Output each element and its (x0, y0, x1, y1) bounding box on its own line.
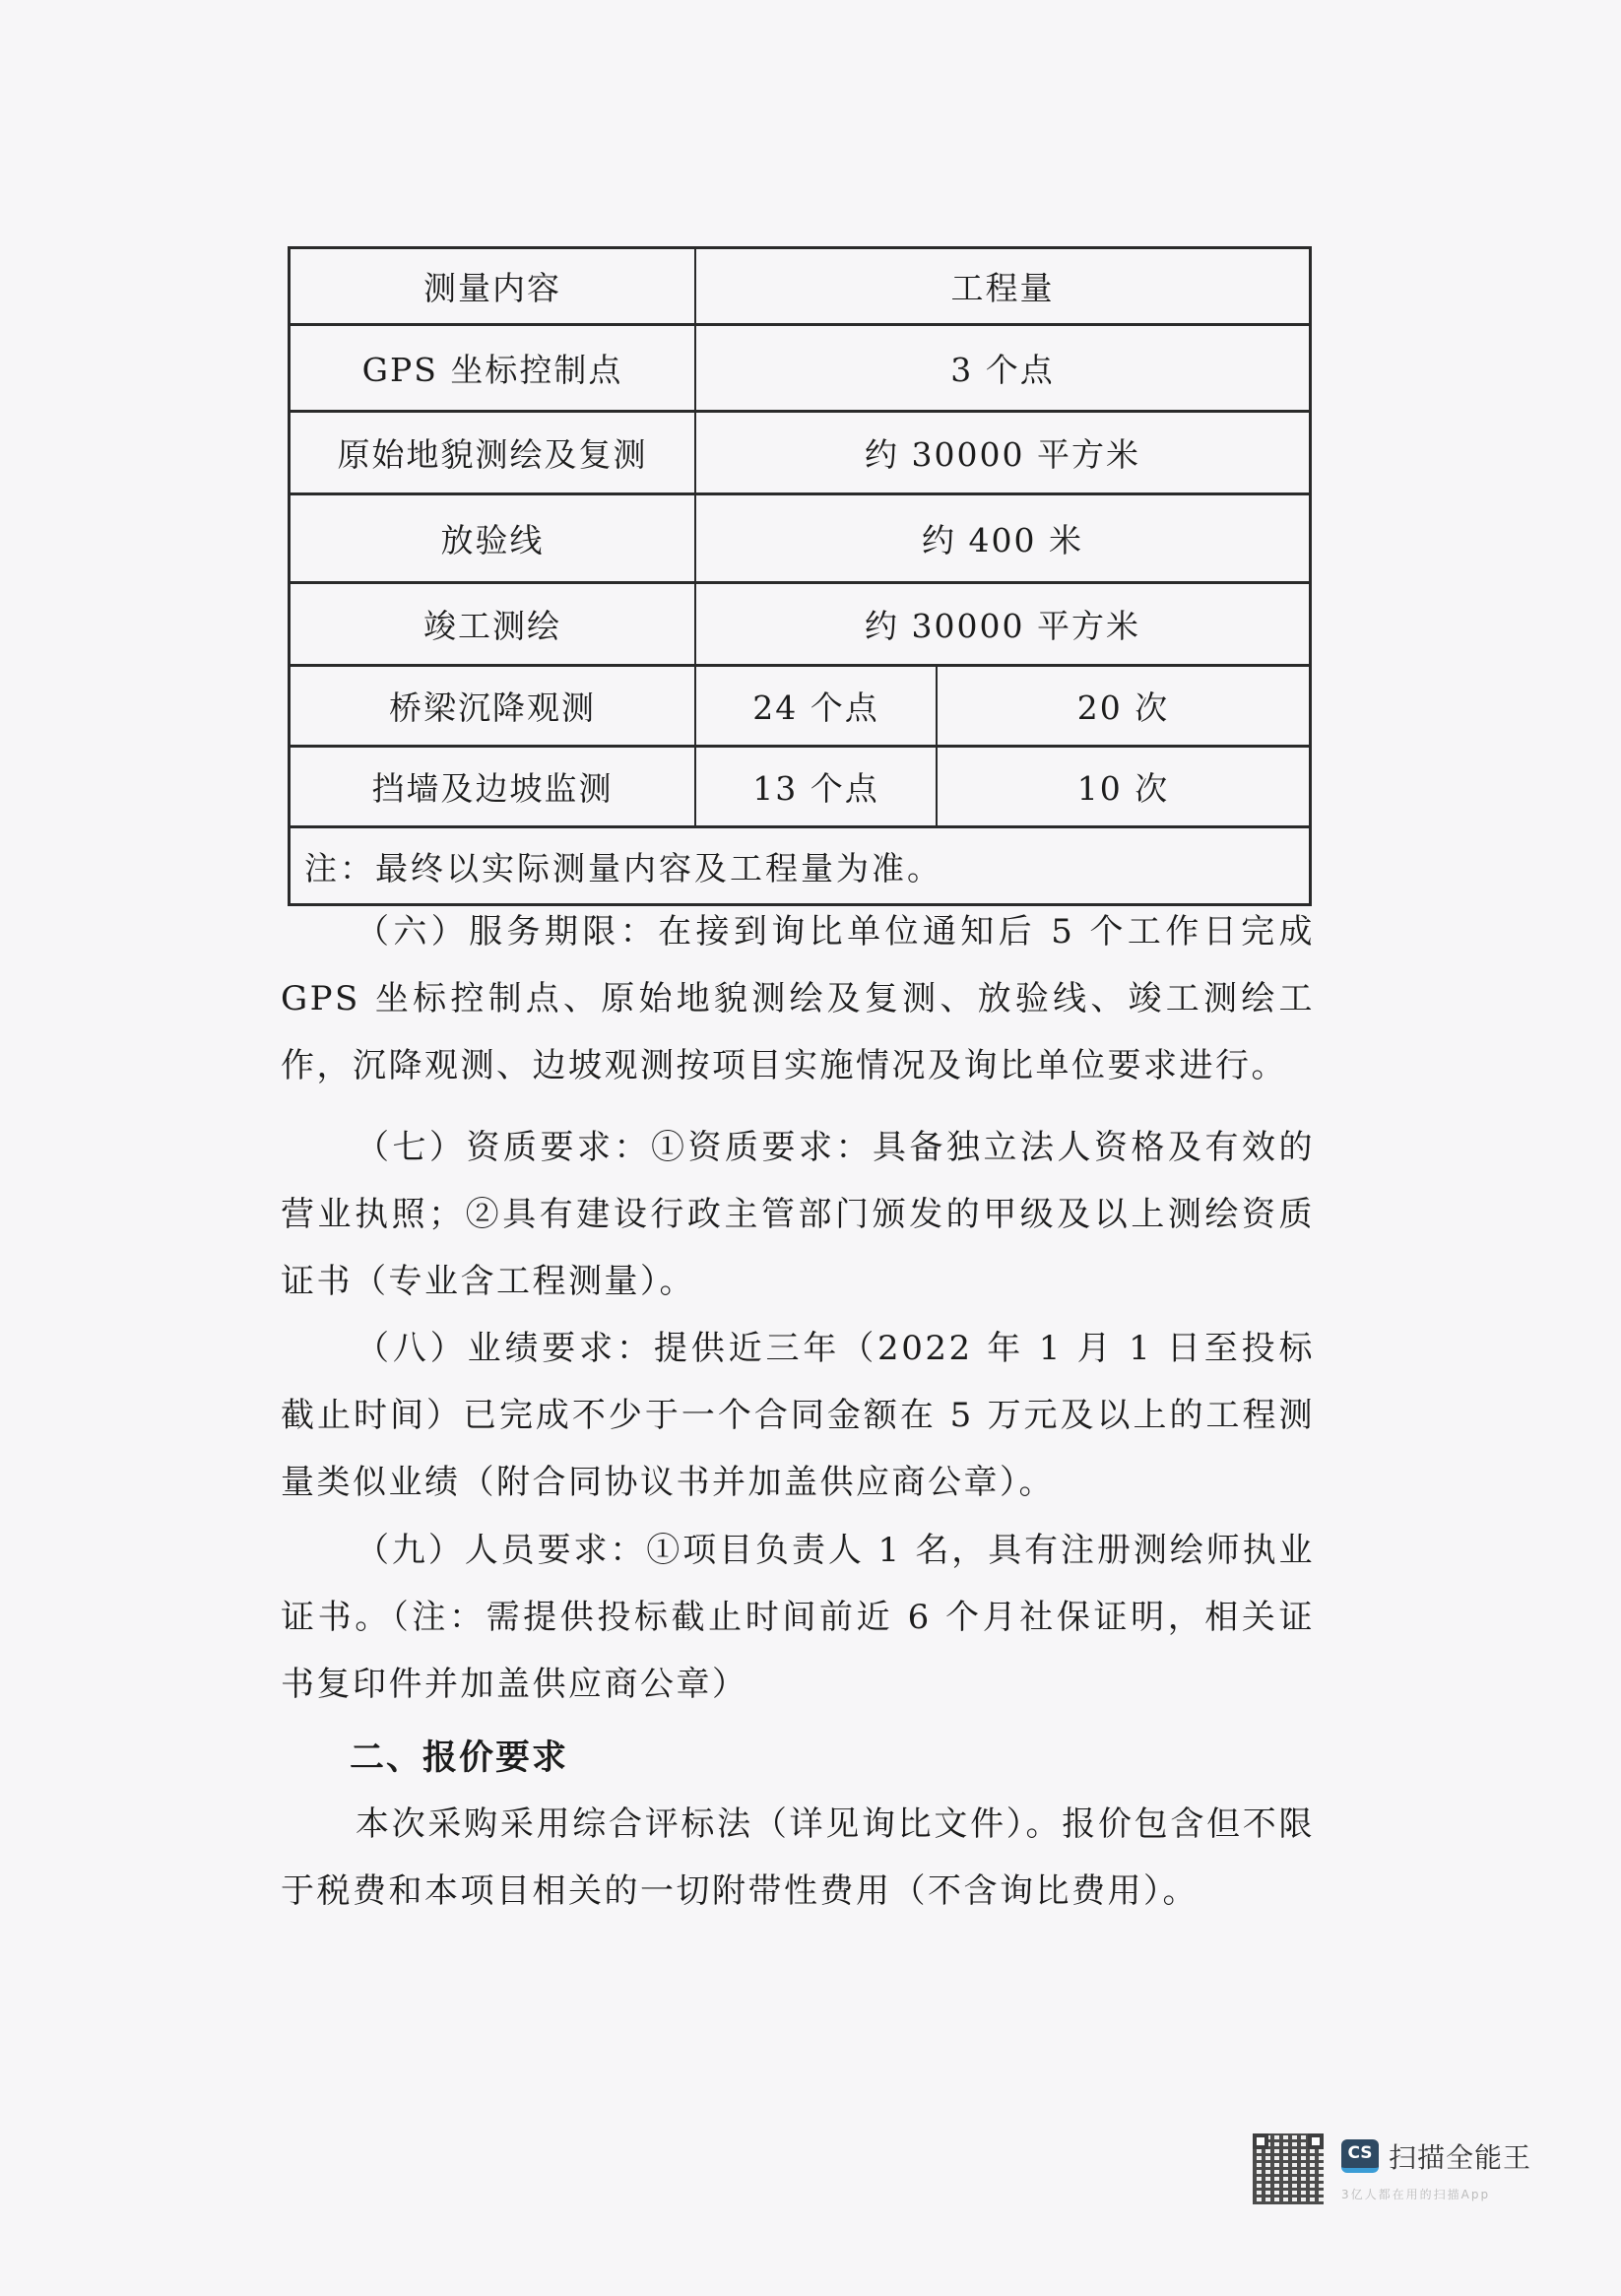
table-row: GPS 坐标控制点 3 个点 (291, 326, 1309, 413)
row-points: 24 个点 (696, 667, 938, 745)
service-period-paragraph: （六）服务期限：在接到询比单位通知后 5 个工作日完成 GPS 坐标控制点、原始… (281, 898, 1315, 1099)
table-note: 注：最终以实际测量内容及工程量为准。 (291, 828, 942, 903)
row-quantity: 约 400 米 (696, 495, 1309, 581)
brand-block: CS 扫描全能王 3亿人都在用的扫描App (1341, 2136, 1531, 2202)
brand-top: CS 扫描全能王 (1341, 2136, 1531, 2176)
performance-paragraph: （八）业绩要求：提供近三年（2022 年 1 月 1 日至投标截止时间）已完成不… (281, 1315, 1315, 1516)
qualification-paragraph: （七）资质要求：①资质要求：具备独立法人资格及有效的营业执照；②具有建设行政主管… (281, 1114, 1315, 1315)
table-row: 挡墙及边坡监测 13 个点 10 次 (291, 748, 1309, 828)
brand-slogan: 3亿人都在用的扫描App (1341, 2186, 1531, 2202)
row-item: 原始地貌测绘及复测 (291, 413, 696, 492)
table-row: 桥梁沉降观测 24 个点 20 次 (291, 667, 1309, 748)
camscanner-logo-icon: CS (1341, 2139, 1379, 2173)
row-quantity: 3 个点 (696, 326, 1309, 410)
row-item: 竣工测绘 (291, 584, 696, 664)
table-note-row: 注：最终以实际测量内容及工程量为准。 (291, 828, 1309, 903)
header-quantity: 工程量 (696, 249, 1309, 323)
camscanner-watermark: CS 扫描全能王 3亿人都在用的扫描App (1253, 2133, 1531, 2204)
row-quantity: 约 30000 平方米 (696, 584, 1309, 664)
table-row: 竣工测绘 约 30000 平方米 (291, 584, 1309, 667)
row-times: 20 次 (938, 667, 1309, 745)
brand-name: 扫描全能王 (1389, 2136, 1531, 2176)
row-quantity: 约 30000 平方米 (696, 413, 1309, 492)
table-header-row: 测量内容 工程量 (291, 249, 1309, 326)
quote-heading: 二、报价要求 (350, 1731, 568, 1780)
row-points: 13 个点 (696, 748, 938, 825)
row-item: GPS 坐标控制点 (291, 326, 696, 410)
row-times: 10 次 (938, 748, 1309, 825)
quote-paragraph: 本次采购采用综合评标法（详见询比文件）。报价包含但不限于税费和本项目相关的一切附… (281, 1791, 1315, 1925)
row-item: 挡墙及边坡监测 (291, 748, 696, 825)
header-item: 测量内容 (291, 249, 696, 323)
table-row: 原始地貌测绘及复测 约 30000 平方米 (291, 413, 1309, 495)
table-row: 放验线 约 400 米 (291, 495, 1309, 584)
row-item: 桥梁沉降观测 (291, 667, 696, 745)
survey-table: 测量内容 工程量 GPS 坐标控制点 3 个点 原始地貌测绘及复测 约 3000… (288, 246, 1312, 906)
personnel-paragraph: （九）人员要求：①项目负责人 1 名，具有注册测绘师执业证书。（注：需提供投标截… (281, 1517, 1315, 1718)
row-item: 放验线 (291, 495, 696, 581)
qr-code-icon (1253, 2133, 1324, 2204)
